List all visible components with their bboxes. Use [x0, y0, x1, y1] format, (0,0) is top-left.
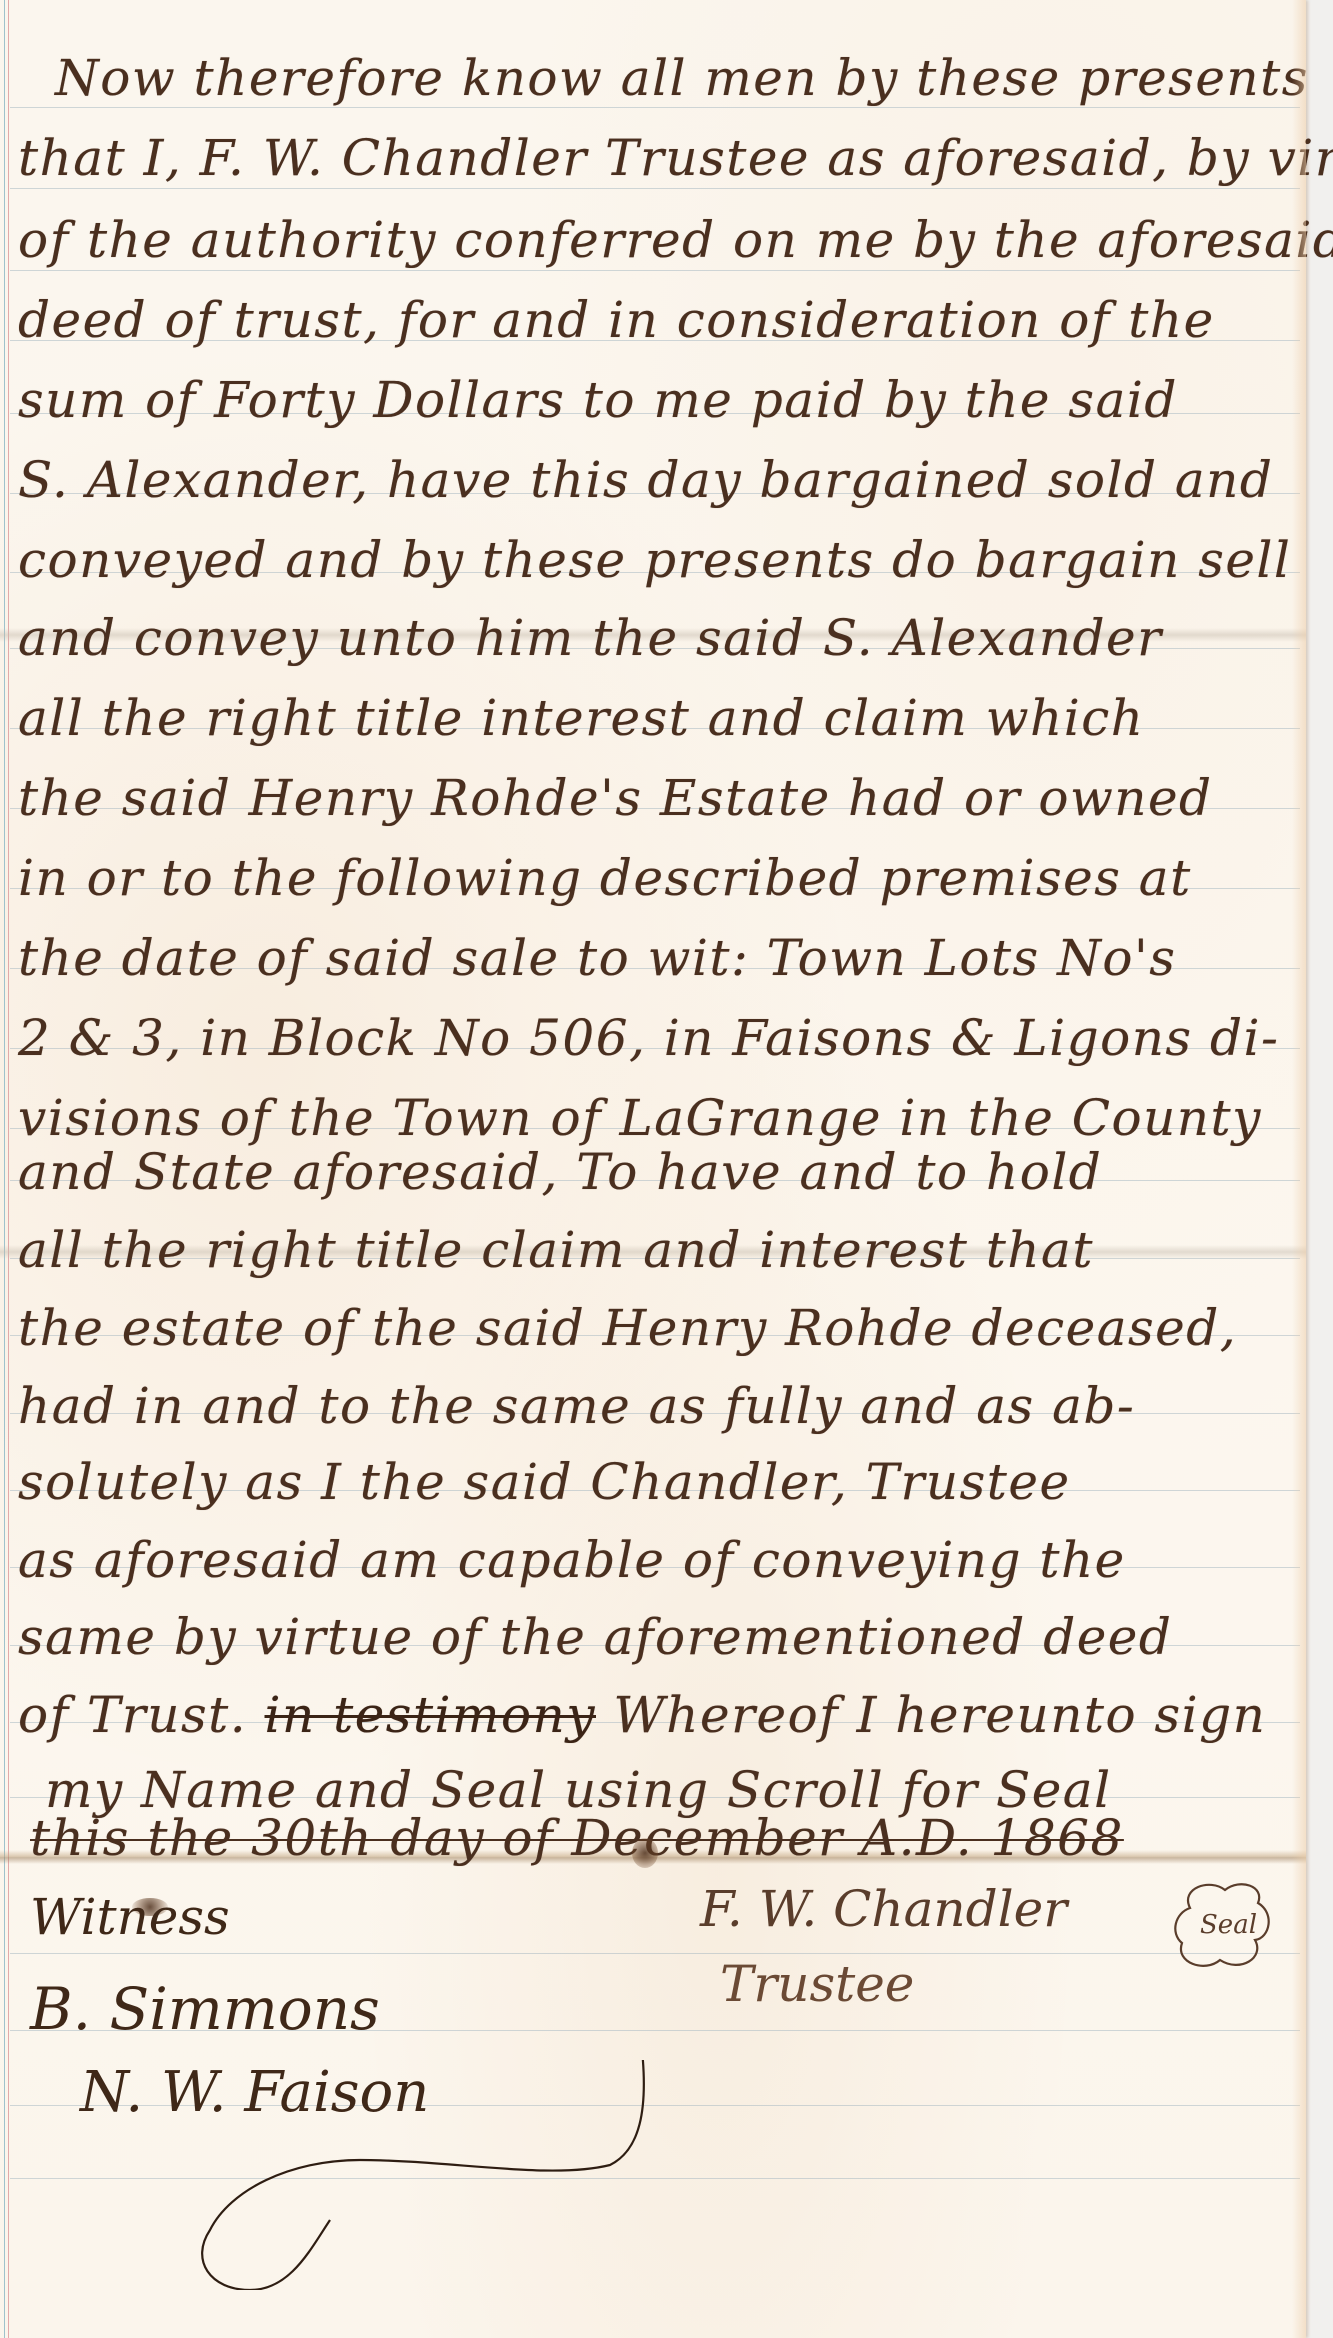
deed-line-3: of the authority conferred on me by the …: [18, 210, 1288, 270]
deed-line-17: the estate of the said Henry Rohde decea…: [18, 1298, 1288, 1358]
deed-line-12: the date of said sale to wit: Town Lots …: [18, 928, 1288, 988]
deed-line-14: visions of the Town of LaGrange in the C…: [18, 1088, 1288, 1148]
deed-line-18: had in and to the same as fully and as a…: [18, 1376, 1288, 1436]
witness-label: Witness: [30, 1888, 230, 1946]
deed-line-22-start: of Trust.: [18, 1686, 247, 1744]
deed-line-22-end: Whereof I hereunto sign: [613, 1686, 1266, 1744]
ruled-line: [10, 1953, 1300, 1954]
witness-signature-1: B. Simmons: [30, 1975, 380, 2043]
margin-line-red: [8, 0, 9, 2338]
deed-page: Now therefore know all men by these pres…: [0, 0, 1306, 2338]
deed-line-7: conveyed and by these presents do bargai…: [18, 530, 1288, 590]
deed-line-16: all the right title claim and interest t…: [18, 1220, 1288, 1280]
deed-line-11: in or to the following described premise…: [18, 848, 1288, 908]
ink-blot: [632, 1838, 658, 1868]
seal-label: Seal: [1200, 1910, 1257, 1940]
margin-line-blue: [4, 0, 5, 2338]
deed-line-15: and State aforesaid, To have and to hold: [18, 1142, 1288, 1202]
ruled-line: [10, 188, 1300, 189]
deed-line-9: all the right title interest and claim w…: [18, 688, 1288, 748]
deed-line-2: that I, F. W. Chandler Trustee as afores…: [18, 128, 1288, 188]
deed-line-20: as aforesaid am capable of conveying the: [18, 1530, 1288, 1590]
ruled-line: [10, 270, 1300, 271]
trustee-signature: F. W. Chandler: [700, 1880, 1067, 1938]
deed-line-6: S. Alexander, have this day bargained so…: [18, 450, 1288, 510]
deed-line-24-date: this the 30th day of December A.D. 1868: [30, 1808, 1300, 1868]
deed-line-22: of Trust. in testimony Whereof I hereunt…: [18, 1685, 1288, 1745]
trustee-title: Trustee: [720, 1955, 914, 2013]
deed-line-5: sum of Forty Dollars to me paid by the s…: [18, 370, 1288, 430]
struck-text: in testimony: [265, 1686, 596, 1744]
deed-line-8: and convey unto him the said S. Alexande…: [18, 608, 1288, 668]
deed-line-1: Now therefore know all men by these pres…: [55, 48, 1325, 108]
deed-line-4: deed of trust, for and in consideration …: [18, 290, 1288, 350]
signature-flourish-icon: [100, 2060, 740, 2290]
deed-line-21: same by virtue of the aforementioned dee…: [18, 1607, 1288, 1667]
deed-line-13: 2 & 3, in Block No 506, in Faisons & Lig…: [18, 1008, 1288, 1068]
deed-line-19: solutely as I the said Chandler, Trustee: [18, 1452, 1288, 1512]
deed-line-10: the said Henry Rohde's Estate had or own…: [18, 768, 1288, 828]
scroll-seal-icon: Seal: [1170, 1878, 1280, 1973]
